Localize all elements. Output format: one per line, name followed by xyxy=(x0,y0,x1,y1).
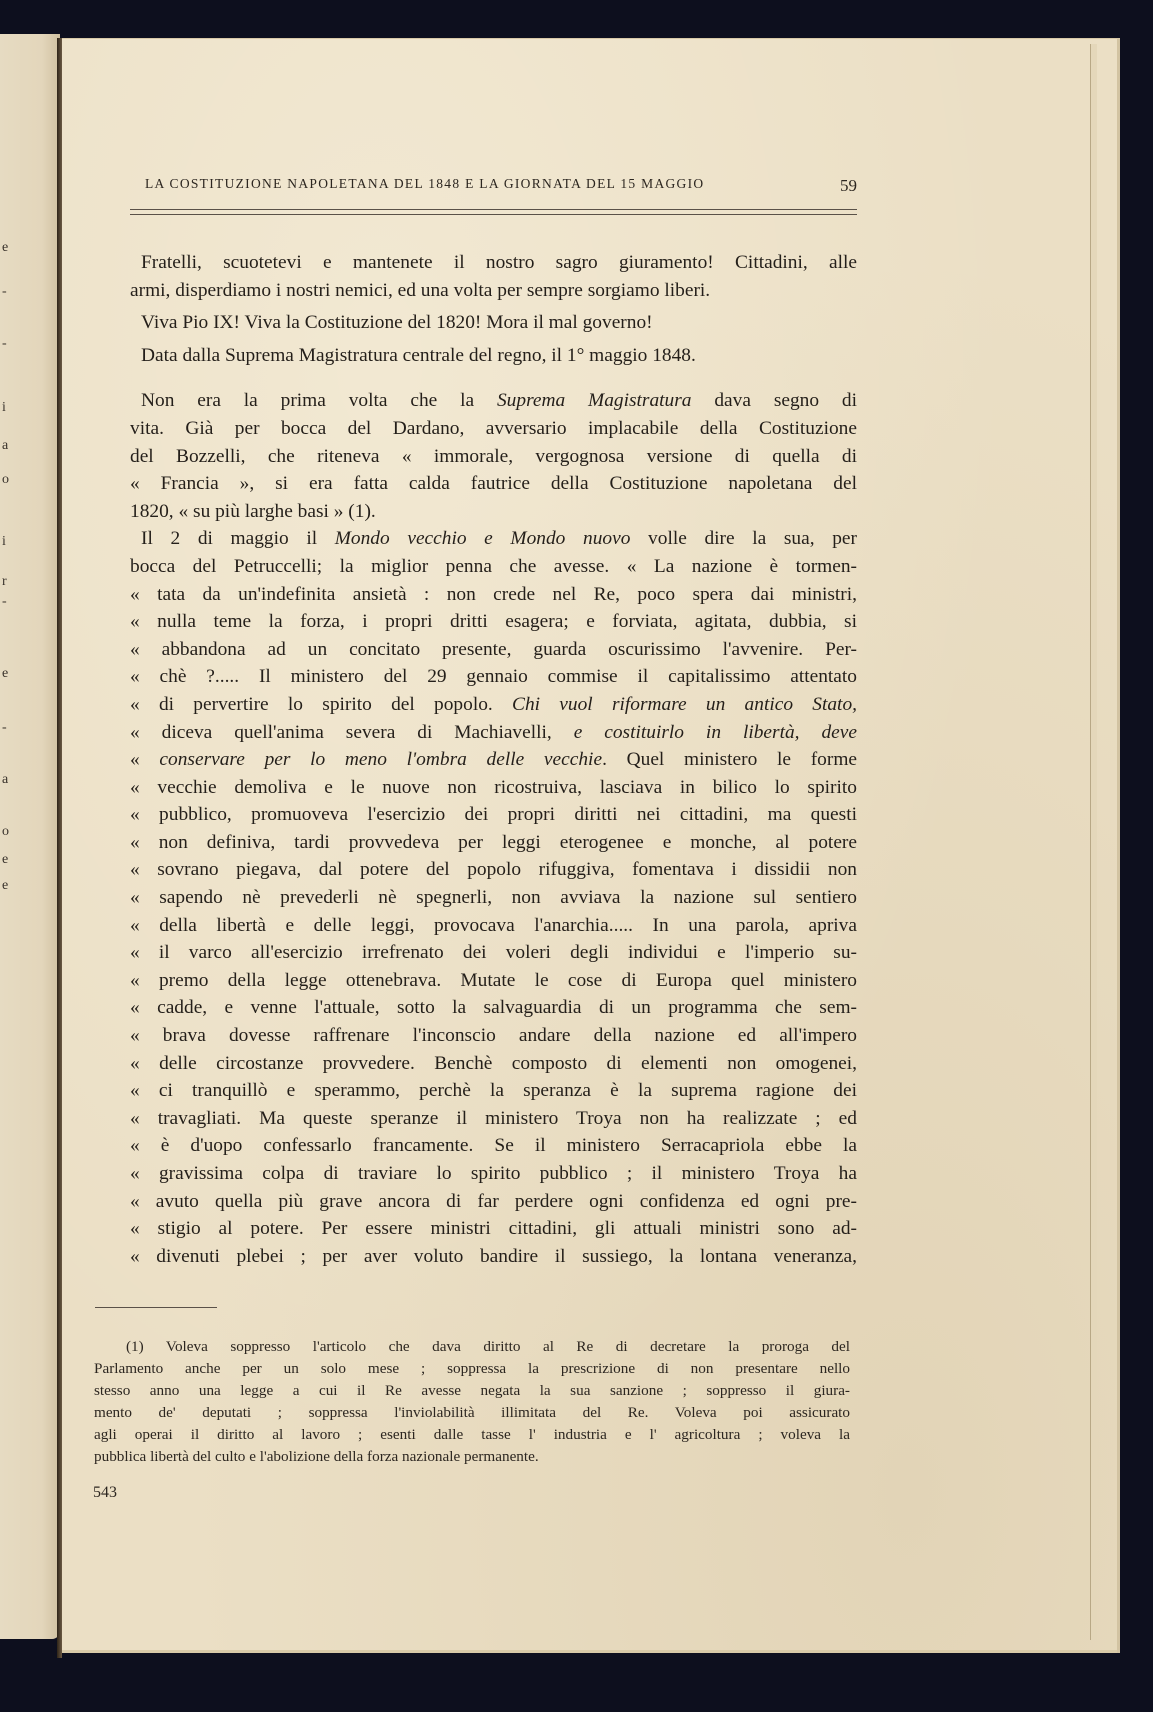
verso-fragment: a xyxy=(2,438,8,454)
verso-fragment: i xyxy=(2,534,6,550)
text-line: « avuto quella più grave ancora di far p… xyxy=(130,1188,857,1216)
text-line: « travagliati. Ma queste speranze il min… xyxy=(130,1105,857,1133)
page-stack-edge xyxy=(1090,44,1097,1640)
printer-signature-mark: 543 xyxy=(93,1484,117,1502)
text-line: « non definiva, tardi provvedeva per leg… xyxy=(130,829,857,857)
text-line: « il varco all'esercizio irrefrenato dei… xyxy=(130,939,857,967)
text-line: « ci tranquillò e sperammo, perchè la sp… xyxy=(130,1077,857,1105)
text-line: « brava dovesse raffrenare l'inconscio a… xyxy=(130,1022,857,1050)
text-line: « della libertà e delle leggi, provocava… xyxy=(130,912,857,940)
proclamation: Fratelli, scuotetevi e mantenete il nost… xyxy=(130,249,857,369)
footnote-line: (1) Voleva soppresso l'articolo che dava… xyxy=(94,1336,850,1358)
running-head: La costituzione napoletana del 1848 e la… xyxy=(145,176,857,196)
text-line: « abbandona ad un concitato presente, gu… xyxy=(130,636,857,664)
text-line: armi, disperdiamo i nostri nemici, ed un… xyxy=(130,277,857,305)
text-line: « divenuti plebei ; per aver voluto band… xyxy=(130,1243,857,1271)
footnote-line: agli operai il diritto al lavoro ; esent… xyxy=(94,1424,850,1446)
text-line: Viva Pio IX! Viva la Costituzione del 18… xyxy=(130,309,857,337)
footnote-rule xyxy=(95,1307,217,1308)
paragraph-2: Il 2 di maggio il Mondo vecchio e Mondo … xyxy=(130,525,857,1270)
verso-fragment: o xyxy=(2,472,9,488)
text-line: « è d'uopo confessarlo francamente. Se i… xyxy=(130,1132,857,1160)
italic-quote: conservare per lo meno l'ombra delle vec… xyxy=(159,749,602,770)
italic-title: Suprema Magistratura xyxy=(497,390,692,411)
text-line: « delle circostanze provvedere. Benchè c… xyxy=(130,1050,857,1078)
text-line: « stigio al potere. Per essere ministri … xyxy=(130,1215,857,1243)
text-line: bocca del Petruccelli; la miglior penna … xyxy=(130,553,857,581)
text-line: Non era la prima volta che la Suprema Ma… xyxy=(130,387,857,415)
verso-fragment: a xyxy=(2,772,8,788)
text-line: « gravissima colpa di traviare lo spirit… xyxy=(130,1160,857,1188)
footnote-line: Parlamento anche per un solo mese ; sopp… xyxy=(94,1358,850,1380)
verso-fragment: o xyxy=(2,824,9,840)
text-line: « chè ?..... Il ministero del 29 gennaio… xyxy=(130,663,857,691)
text-line: « cadde, e venne l'attuale, sotto la sal… xyxy=(130,994,857,1022)
text-line: « premo della legge ottenebrava. Mutate … xyxy=(130,967,857,995)
verso-fragment: i xyxy=(2,400,6,416)
text-line: « di pervertire lo spirito del popolo. C… xyxy=(130,691,857,719)
verso-fragment: - xyxy=(2,594,7,610)
text-line: « pubblico, promuoveva l'esercizio dei p… xyxy=(130,801,857,829)
text-line: « tata da un'indefinita ansietà : non cr… xyxy=(130,581,857,609)
text-line: « diceva quell'anima severa di Machiavel… xyxy=(130,719,857,747)
verso-fragment: e xyxy=(2,852,8,868)
footnote: (1) Voleva soppresso l'articolo che dava… xyxy=(94,1336,850,1468)
italic-quote: e costituirlo in libertà, deve xyxy=(574,722,857,743)
italic-quote: Chi vuol riformare un antico Stato, xyxy=(512,694,857,715)
verso-fragment: - xyxy=(2,720,7,736)
text-line: Fratelli, scuotetevi e mantenete il nost… xyxy=(130,249,857,277)
footnote-line: stesso anno una legge a cui il Re avesse… xyxy=(94,1380,850,1402)
verso-fragment: r xyxy=(2,574,7,590)
text-line: vita. Già per bocca del Dardano, avversa… xyxy=(130,415,857,443)
text-line: « sapendo nè prevederli nè spegnerli, no… xyxy=(130,884,857,912)
text-line: « Francia », si era fatta calda fautrice… xyxy=(130,470,857,498)
text-line: 1820, « su più larghe basi » (1). xyxy=(130,498,857,526)
verso-fragment: - xyxy=(2,284,7,300)
verso-fragment: e xyxy=(2,666,8,682)
text-line: Il 2 di maggio il Mondo vecchio e Mondo … xyxy=(130,525,857,553)
footnote-line: mento de' deputati ; soppressa l'inviola… xyxy=(94,1402,850,1424)
paragraph-1: Non era la prima volta che la Suprema Ma… xyxy=(130,387,857,525)
facing-page-edge: e - - i a o i r - e - a o e e xyxy=(0,34,60,1639)
footnote-line: pubblica libertà del culto e l'abolizion… xyxy=(94,1446,850,1468)
text-line: « vecchie demoliva e le nuove non ricost… xyxy=(130,774,857,802)
verso-fragment: e xyxy=(2,240,8,256)
text-line: « nulla teme la forza, i propri dritti e… xyxy=(130,608,857,636)
header-double-rule xyxy=(130,209,857,215)
main-text: Fratelli, scuotetevi e mantenete il nost… xyxy=(130,249,857,1270)
page-number: 59 xyxy=(840,176,857,196)
italic-title: Mondo vecchio e Mondo nuovo xyxy=(335,528,631,549)
text-line: del Bozzelli, che riteneva « immorale, v… xyxy=(130,443,857,471)
running-head-title: La costituzione napoletana del 1848 e la… xyxy=(145,176,704,196)
text-line: Data dalla Suprema Magistratura centrale… xyxy=(130,342,857,370)
verso-fragment: e xyxy=(2,878,8,894)
verso-fragment: - xyxy=(2,336,7,352)
text-line: « conservare per lo meno l'ombra delle v… xyxy=(130,746,857,774)
text-line: « sovrano piegava, dal potere del popolo… xyxy=(130,856,857,884)
